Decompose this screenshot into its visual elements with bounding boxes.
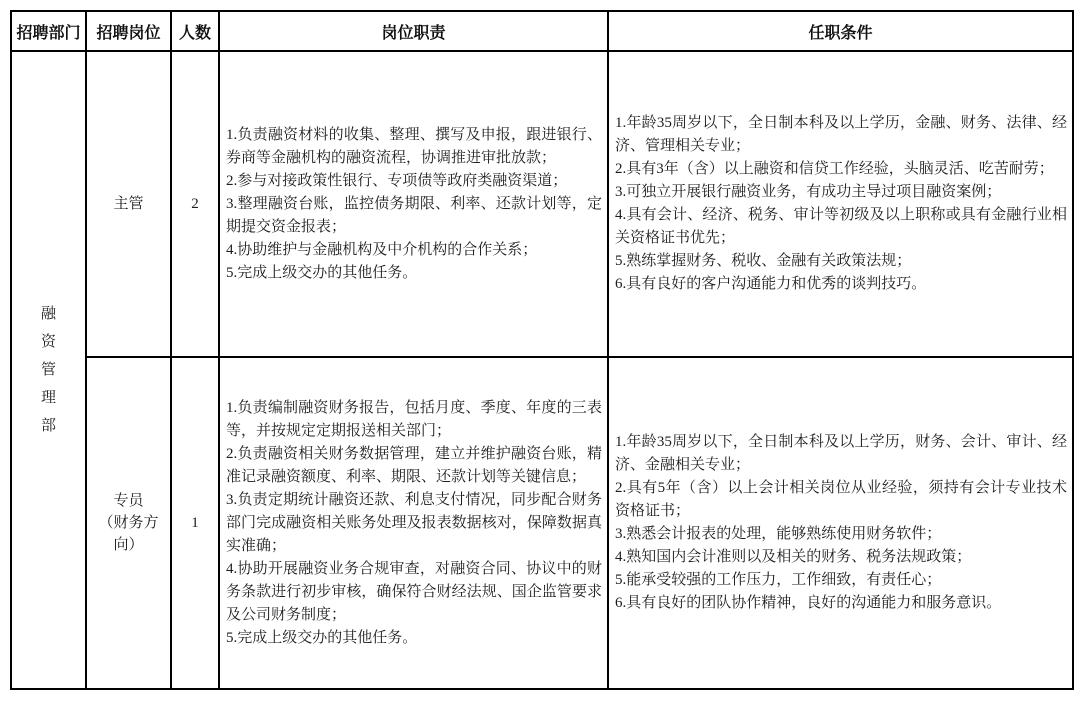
duties-text: 1.负责编制融资财务报告，包括月度、季度、年度的三表等，并按规定定期报送相关部门… (220, 393, 607, 654)
header-position: 招聘岗位 (86, 11, 171, 51)
requirements-cell: 1.年龄35周岁以下，全日制本科及以上学历，财务、会计、审计、经济、金融相关专业… (608, 357, 1073, 689)
requirements-text: 1.年龄35周岁以下，全日制本科及以上学历，金融、财务、法律、经济、管理相关专业… (609, 108, 1072, 300)
recruitment-page: 招聘部门 招聘岗位 人数 岗位职责 任职条件 融资管理部 主管 2 1.负责融资… (0, 0, 1080, 690)
requirements-cell: 1.年龄35周岁以下，全日制本科及以上学历，金融、财务、法律、经济、管理相关专业… (608, 51, 1073, 357)
table-row-supervisor: 融资管理部 主管 2 1.负责融资材料的收集、整理、撰写及申报，跟进银行、券商等… (11, 51, 1073, 357)
department-cell: 融资管理部 (11, 51, 86, 689)
header-requirements: 任职条件 (608, 11, 1073, 51)
requirements-text: 1.年龄35周岁以下，全日制本科及以上学历，财务、会计、审计、经济、金融相关专业… (609, 427, 1072, 619)
headcount-cell: 1 (171, 357, 219, 689)
department-name: 融资管理部 (40, 300, 57, 440)
position-cell: 主管 (86, 51, 171, 357)
duties-cell: 1.负责编制融资财务报告，包括月度、季度、年度的三表等，并按规定定期报送相关部门… (219, 357, 608, 689)
header-department: 招聘部门 (11, 11, 86, 51)
table-row-specialist: 专员 （财务方 向） 1 1.负责编制融资财务报告，包括月度、季度、年度的三表等… (11, 357, 1073, 689)
headcount-cell: 2 (171, 51, 219, 357)
header-headcount: 人数 (171, 11, 219, 51)
duties-cell: 1.负责融资材料的收集、整理、撰写及申报，跟进银行、券商等金融机构的融资流程，协… (219, 51, 608, 357)
header-duties: 岗位职责 (219, 11, 608, 51)
table-header-row: 招聘部门 招聘岗位 人数 岗位职责 任职条件 (11, 11, 1073, 51)
recruitment-table: 招聘部门 招聘岗位 人数 岗位职责 任职条件 融资管理部 主管 2 1.负责融资… (10, 10, 1074, 690)
duties-text: 1.负责融资材料的收集、整理、撰写及申报，跟进银行、券商等金融机构的融资流程，协… (220, 120, 607, 289)
position-cell: 专员 （财务方 向） (86, 357, 171, 689)
